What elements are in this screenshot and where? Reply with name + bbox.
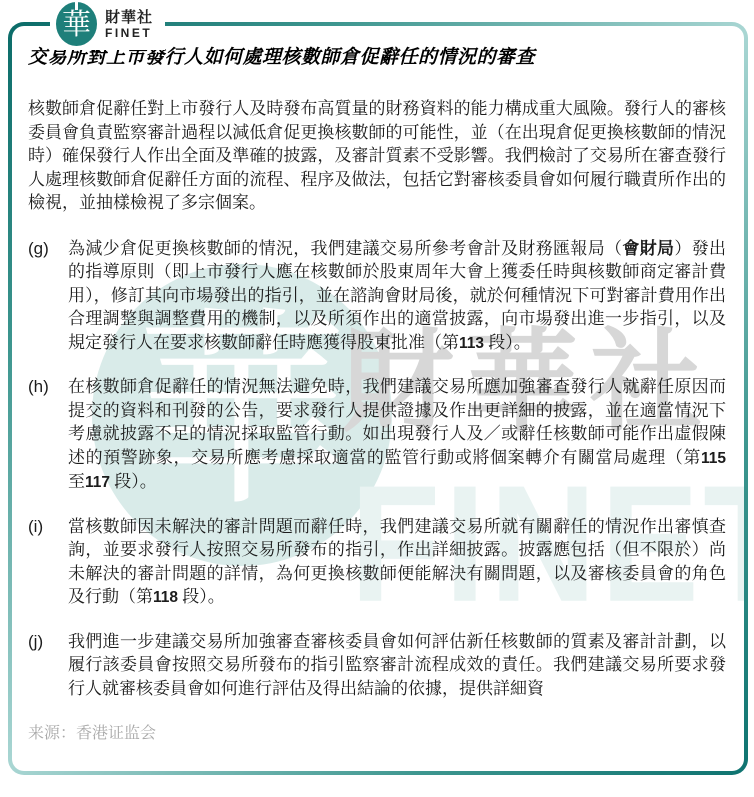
paragraph-number: 115: [701, 450, 726, 467]
list-item-text: 當核數師因未解決的審計問題而辭任時，我們建議交易所就有關辭任的情況作出審慎查詢，…: [68, 515, 726, 610]
paragraph-number: 113: [459, 335, 484, 352]
finet-logo: 華 財華社 FINET: [50, 0, 165, 50]
text-segment: 至: [68, 472, 85, 491]
source-caption: 来源：香港证监会: [28, 720, 726, 743]
list-item-label: (j): [28, 630, 68, 701]
bold-text-segment: 會財局: [622, 239, 674, 258]
list-item-label: (i): [28, 515, 68, 610]
document-content: 交易所對上市發行人如何處理核數師倉促辭任的情況的審查 核數師倉促辭任對上市發行人…: [12, 26, 744, 743]
text-segment: 段）。: [484, 333, 531, 352]
list-item-label: (h): [28, 375, 68, 495]
document-card-border: 華 FINET 財華社 交易所對上市發行人如何處理核數師倉促辭任的情況的審查 核…: [8, 22, 748, 775]
text-segment: 我們進一步建議交易所加強審查審核委員會如何評估新任核數師的質素及審計計劃，以履行…: [68, 632, 726, 698]
text-segment: 段）。: [178, 587, 225, 606]
text-segment: 段）。: [110, 472, 157, 491]
list-item-h: (h) 在核數師倉促辭任的情況無法避免時，我們建議交易所應加強審查發行人就辭任原…: [28, 375, 726, 495]
page: 華 FINET 財華社 交易所對上市發行人如何處理核數師倉促辭任的情況的審查 核…: [0, 0, 754, 797]
paragraph-number: 118: [153, 589, 178, 606]
list-item-j: (j) 我們進一步建議交易所加強審查審核委員會如何評估新任核數師的質素及審計計劃…: [28, 630, 726, 701]
text-segment: 為減少倉促更換核數師的情況，我們建議交易所參考會計及財務匯報局（: [68, 239, 622, 258]
list-item-text: 我們進一步建議交易所加強審查審核委員會如何評估新任核數師的質素及審計計劃，以履行…: [68, 630, 726, 701]
document-card: 華 FINET 財華社 交易所對上市發行人如何處理核數師倉促辭任的情況的審查 核…: [12, 26, 744, 771]
list-item-g: (g) 為減少倉促更換核數師的情況，我們建議交易所參考會計及財務匯報局（會財局）…: [28, 237, 726, 356]
finet-logo-name-zh: 財華社: [105, 9, 153, 26]
list-item-label: (g): [28, 237, 68, 356]
intro-paragraph: 核數師倉促辭任對上市發行人及時發布高質量的財務資料的能力構成重大風險。發行人的審…: [28, 97, 726, 215]
finet-logo-name-en: FINET: [105, 26, 153, 40]
list-item-i: (i) 當核數師因未解決的審計問題而辭任時，我們建議交易所就有關辭任的情況作出審…: [28, 515, 726, 610]
list-item-text: 在核數師倉促辭任的情況無法避免時，我們建議交易所應加強審查發行人就辭任原因而提交…: [68, 375, 726, 495]
text-segment: 在核數師倉促辭任的情況無法避免時，我們建議交易所應加強審查發行人就辭任原因而提交…: [68, 377, 726, 467]
paragraph-number: 117: [85, 474, 110, 491]
list-item-text: 為減少倉促更換核數師的情況，我們建議交易所參考會計及財務匯報局（會財局）發出的指…: [68, 237, 726, 356]
finet-logo-text: 財華社 FINET: [105, 9, 153, 40]
finet-logo-icon: 華: [56, 2, 97, 46]
